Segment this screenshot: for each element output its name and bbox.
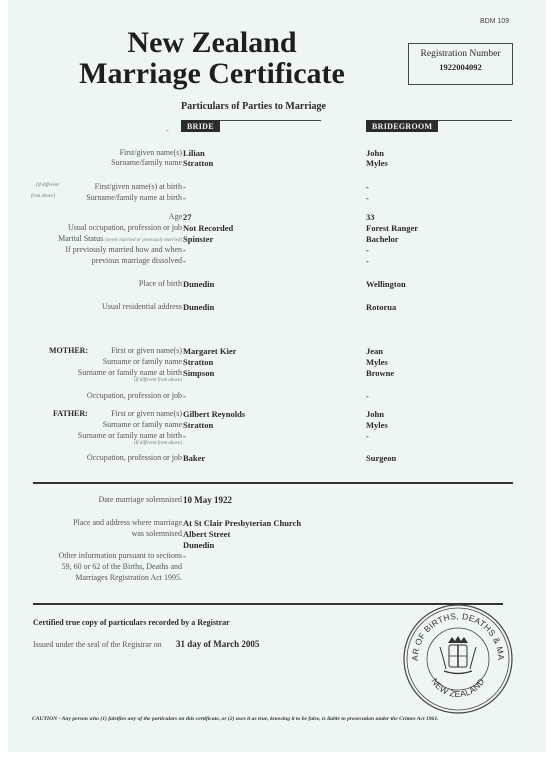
- bride-surname-birth: -: [183, 193, 186, 203]
- label-other-info-3: Marriages Registration Act 1995.: [75, 573, 182, 583]
- bridegroom-prev-married-1: -: [366, 245, 369, 255]
- label-age: Age: [169, 212, 182, 222]
- label-other-info-2: 59, 60 or 62 of the Births, Deaths and: [62, 562, 182, 572]
- label-residential-address: Usual residential address: [102, 302, 182, 312]
- bride-father-surname-birth: -: [183, 431, 186, 441]
- particulars-heading: Particulars of Parties to Marriage: [181, 101, 326, 112]
- bride-father-first-names: Gilbert Reynolds: [183, 409, 245, 419]
- marriage-place-2: Albert Street: [183, 529, 230, 539]
- bridegroom-father-surname: Myles: [366, 420, 388, 430]
- bride-first-names: Lilian: [183, 148, 205, 158]
- label-place-solemnised-2: was solemnised: [132, 529, 182, 539]
- marriage-place-3: Dunedin: [183, 540, 214, 550]
- bridegroom-first-names: John: [366, 148, 384, 158]
- bride-father-surname: Stratton: [183, 420, 213, 430]
- bridegroom-first-names-birth: -: [366, 182, 369, 192]
- bridegroom-residential-address: Rotorua: [366, 302, 396, 312]
- label-date-solemnised: Date marriage solemnised: [98, 495, 182, 505]
- if-different-note-1: (If different: [36, 183, 59, 188]
- issued-label: Issued under the seal of the Registrar o…: [33, 640, 162, 649]
- label-first-names: First/given name(s): [120, 148, 182, 158]
- bride-residential-address: Dunedin: [183, 302, 214, 312]
- label-mother-first: First or given name(s): [111, 346, 182, 356]
- bridegroom-place-of-birth: Wellington: [366, 279, 406, 289]
- form-code: BDM 109: [480, 18, 509, 25]
- marriage-place-1: At St Clair Presbyterian Church: [183, 518, 301, 528]
- label-place-solemnised-1: Place and address where marriage: [73, 518, 182, 528]
- label-father-first: First or given name(s): [111, 409, 182, 419]
- bridegroom-occupation: Forest Ranger: [366, 223, 418, 233]
- label-surname-birth: Surname/family name at birth: [86, 193, 182, 203]
- bride-occupation: Not Recorded: [183, 223, 233, 233]
- label-other-info-1: Other information pursuant to sections: [58, 551, 182, 561]
- bride-prev-married-1: -: [183, 245, 186, 255]
- bride-mother-occupation: -: [183, 391, 186, 401]
- issued-date: 31 day of March 2005: [176, 639, 259, 649]
- bridegroom-age: 33: [366, 212, 375, 222]
- bridegroom-father-first-names: John: [366, 409, 384, 419]
- registration-number-box: Registration Number 1922004092: [408, 43, 513, 85]
- label-mother-surname: Surname or family name: [103, 357, 182, 367]
- bride-mother-first-names: Margaret Kier: [183, 346, 236, 356]
- bride-age: 27: [183, 212, 192, 222]
- marital-status-note: (never married or previously married): [105, 238, 182, 243]
- bridegroom-surname-birth: -: [366, 193, 369, 203]
- section-divider-1: [33, 482, 513, 484]
- bride-column-header: BRIDE: [181, 120, 220, 132]
- label-father-surname-birth: Surname or family name at birth: [78, 431, 182, 441]
- bride-father-occupation: Baker: [183, 453, 205, 463]
- father-label: FATHER:: [53, 409, 88, 418]
- bridegroom-mother-surname-birth: Browne: [366, 368, 394, 378]
- label-prev-married-2: previous marriage dissolved: [92, 256, 182, 266]
- certification-heading: Certified true copy of particulars recor…: [33, 618, 230, 627]
- bridegroom-mother-surname: Myles: [366, 357, 388, 367]
- registration-number: 1922004092: [409, 62, 512, 72]
- bridegroom-column-header: BRIDEGROOM: [366, 120, 438, 132]
- title-line-2: Marriage Certificate: [42, 58, 382, 89]
- svg-text:NEW ZEALAND: NEW ZEALAND: [429, 676, 486, 699]
- caution-notice: CAUTION - Any person who (1) falsifies a…: [32, 716, 439, 722]
- svg-text:REGISTRAR OF BIRTHS, DEATHS &: REGISTRAR OF BIRTHS, DEATHS & MARRIAGES: [402, 603, 506, 661]
- mother-surname-birth-note: (If different from above): [134, 378, 182, 383]
- father-surname-birth-note: (If different from above): [134, 441, 182, 446]
- marriage-other-info: -: [183, 551, 186, 561]
- dash-mark: -: [166, 126, 169, 135]
- mother-label: MOTHER:: [49, 346, 88, 355]
- bride-marital-status: Spinster: [183, 234, 213, 244]
- label-place-of-birth: Place of birth: [139, 279, 182, 289]
- bridegroom-marital-status: Bachelor: [366, 234, 399, 244]
- marital-status-text: Marital Status: [58, 234, 103, 243]
- bride-mother-surname: Stratton: [183, 357, 213, 367]
- registrar-seal-icon: REGISTRAR OF BIRTHS, DEATHS & MARRIAGES …: [402, 603, 514, 715]
- bride-surname: Stratton: [183, 158, 213, 168]
- label-father-occupation: Occupation, profession or job: [87, 453, 182, 463]
- bridegroom-father-occupation: Surgeon: [366, 453, 396, 463]
- bride-prev-married-2: -: [183, 256, 186, 266]
- label-first-names-birth: First/given name(s) at birth: [95, 182, 182, 192]
- label-surname: Surname/family name: [111, 158, 182, 168]
- title-line-1: New Zealand: [42, 27, 382, 58]
- bridegroom-mother-occupation: -: [366, 391, 369, 401]
- bridegroom-prev-married-2: -: [366, 256, 369, 266]
- label-father-surname: Surname or family name: [103, 420, 182, 430]
- registration-label: Registration Number: [409, 49, 512, 59]
- bride-mother-surname-birth: Simpson: [183, 368, 214, 378]
- label-mother-occupation: Occupation, profession or job: [87, 391, 182, 401]
- label-mother-surname-birth: Surname or family name at birth: [78, 368, 182, 378]
- marriage-date: 10 May 1922: [183, 495, 232, 505]
- bridegroom-mother-first-names: Jean: [366, 346, 383, 356]
- bridegroom-surname: Myles: [366, 158, 388, 168]
- bride-place-of-birth: Dunedin: [183, 279, 214, 289]
- label-prev-married-1: If previously married how and when: [65, 245, 182, 255]
- label-occupation: Usual occupation, profession or job: [68, 223, 182, 233]
- bride-first-names-birth: -: [183, 182, 186, 192]
- if-different-note-2: from above): [31, 194, 55, 199]
- certificate-title: New Zealand Marriage Certificate: [42, 27, 382, 89]
- bridegroom-father-surname-birth: -: [366, 431, 369, 441]
